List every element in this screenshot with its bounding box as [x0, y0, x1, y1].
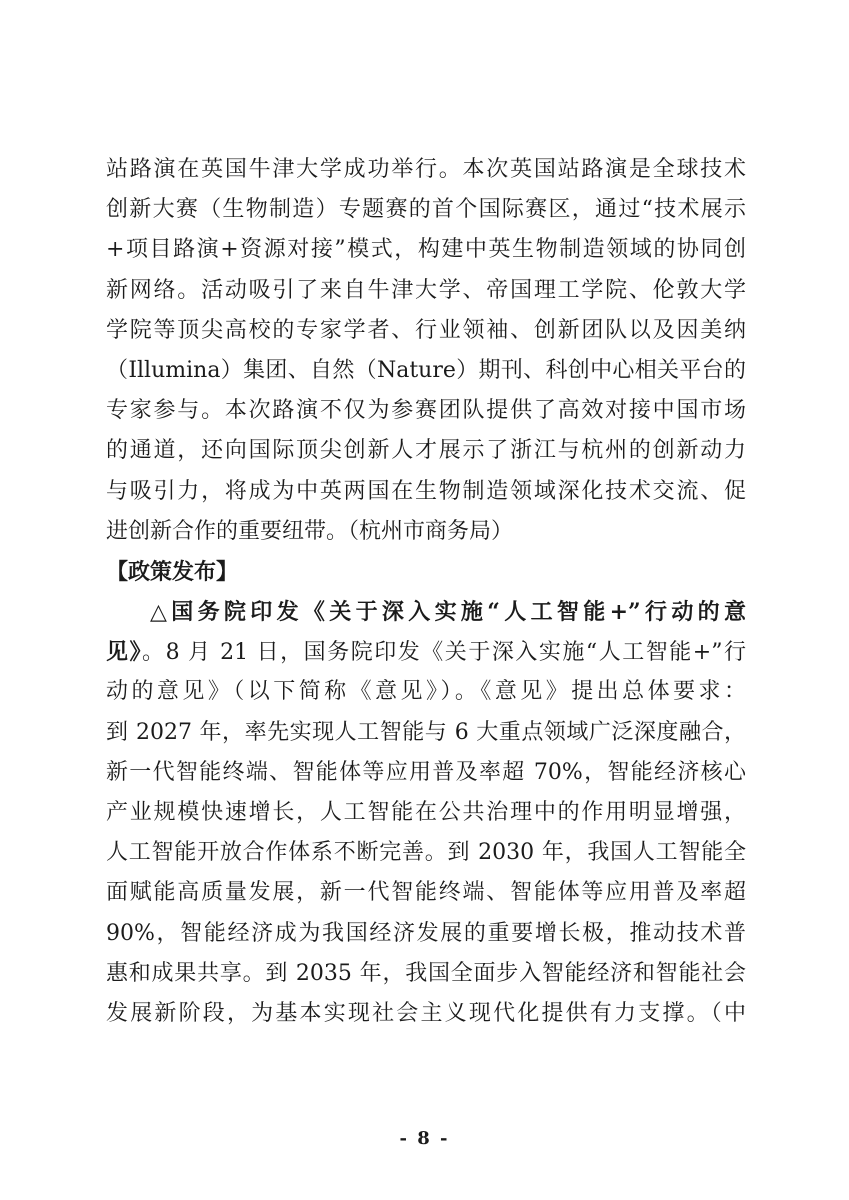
text-segment: 发展新阶段，为基本实现社会主义现代化提供有力支撑。（中: [106, 1001, 746, 1026]
text-segment: 惠和成果共享。到 2035 年，我国全面步入智能经济和智能社会: [106, 961, 746, 986]
text-line: 创新大赛（生物制造）专题赛的首个国际赛区，通过“技术展示: [106, 190, 746, 230]
text-segment: 新网络。活动吸引了来自牛津大学、帝国理工学院、伦敦大学: [106, 278, 746, 303]
text-segment: 站路演在英国牛津大学成功举行。本次英国站路演是全球技术: [106, 157, 746, 182]
text-line: 新一代智能终端、智能体等应用普及率超 70%，智能经济核心: [106, 753, 746, 793]
text-line: +项目路演+资源对接”模式，构建中英生物制造领域的协同创: [106, 230, 746, 270]
text-line: 惠和成果共享。到 2035 年，我国全面步入智能经济和智能社会: [106, 954, 746, 994]
text-segment: 90%，智能经济成为我国经济发展的重要增长极，推动技术普: [106, 921, 746, 946]
document-body-text: 站路演在英国牛津大学成功举行。本次英国站路演是全球技术创新大赛（生物制造）专题赛…: [106, 150, 746, 1034]
text-segment: 与吸引力，将成为中英两国在生物制造领域深化技术交流、促: [106, 479, 746, 504]
text-line: 产业规模快速增长，人工智能在公共治理中的作用明显增强，: [106, 793, 746, 833]
text-segment: 面赋能高质量发展，新一代智能终端、智能体等应用普及率超: [106, 880, 746, 905]
text-segment: 专家参与。本次路演不仅为参赛团队提供了高效对接中国市场: [106, 398, 746, 423]
text-segment: △国务院印发《关于深入实施“人工智能+”行动的意: [150, 599, 746, 625]
text-segment: 。8 月 21 日，国务院印发《关于深入实施“人工智能+”行: [142, 640, 746, 665]
text-segment: 进创新合作的重要纽带。（杭州市商务局）: [106, 519, 513, 544]
text-segment: 【政策发布】: [106, 559, 238, 585]
text-line: （Illumina）集团、自然（Nature）期刊、科创中心相关平台的: [106, 351, 746, 391]
text-line: 人工智能开放合作体系不断完善。到 2030 年，我国人工智能全: [106, 833, 746, 873]
text-segment: 产业规模快速增长，人工智能在公共治理中的作用明显增强，: [106, 800, 746, 825]
document-page: 站路演在英国牛津大学成功举行。本次英国站路演是全球技术创新大赛（生物制造）专题赛…: [0, 0, 849, 1200]
section-header: 【政策发布】: [106, 552, 746, 592]
text-line: 见》。8 月 21 日，国务院印发《关于深入实施“人工智能+”行: [106, 632, 746, 672]
text-line: 学院等顶尖高校的专家学者、行业领袖、创新团队以及因美纳: [106, 311, 746, 351]
text-segment: 动的意见》（以下简称《意见》）。《意见》提出总体要求：: [106, 679, 746, 704]
text-line: 动的意见》（以下简称《意见》）。《意见》提出总体要求：: [106, 672, 746, 712]
text-segment: 见》: [106, 639, 142, 665]
text-segment: +项目路演+资源对接”模式，构建中英生物制造领域的协同创: [106, 237, 746, 262]
text-line: 专家参与。本次路演不仅为参赛团队提供了高效对接中国市场: [106, 391, 746, 431]
text-line: 与吸引力，将成为中英两国在生物制造领域深化技术交流、促: [106, 472, 746, 512]
page-footer: - 8 -: [0, 1124, 849, 1154]
text-line: 新网络。活动吸引了来自牛津大学、帝国理工学院、伦敦大学: [106, 271, 746, 311]
text-segment: 的通道，还向国际顶尖创新人才展示了浙江与杭州的创新动力: [106, 438, 746, 463]
text-segment: 人工智能开放合作体系不断完善。到 2030 年，我国人工智能全: [106, 840, 746, 865]
text-segment: 学院等顶尖高校的专家学者、行业领袖、创新团队以及因美纳: [106, 318, 746, 343]
text-line: 到 2027 年，率先实现人工智能与 6 大重点领域广泛深度融合，: [106, 713, 746, 753]
text-segment: 新一代智能终端、智能体等应用普及率超 70%，智能经济核心: [106, 760, 746, 785]
text-line: 90%，智能经济成为我国经济发展的重要增长极，推动技术普: [106, 914, 746, 954]
text-segment: （Illumina）集团、自然（Nature）期刊、科创中心相关平台的: [106, 358, 746, 383]
text-line: 的通道，还向国际顶尖创新人才展示了浙江与杭州的创新动力: [106, 431, 746, 471]
page-number: - 8 -: [400, 1128, 450, 1149]
text-line: 站路演在英国牛津大学成功举行。本次英国站路演是全球技术: [106, 150, 746, 190]
text-segment: 创新大赛（生物制造）专题赛的首个国际赛区，通过“技术展示: [106, 197, 746, 222]
text-line: 进创新合作的重要纽带。（杭州市商务局）: [106, 512, 746, 552]
text-line: 发展新阶段，为基本实现社会主义现代化提供有力支撑。（中: [106, 994, 746, 1034]
text-line: 面赋能高质量发展，新一代智能终端、智能体等应用普及率超: [106, 873, 746, 913]
text-segment: 到 2027 年，率先实现人工智能与 6 大重点领域广泛深度融合，: [106, 720, 746, 745]
text-line: △国务院印发《关于深入实施“人工智能+”行动的意: [106, 592, 746, 632]
